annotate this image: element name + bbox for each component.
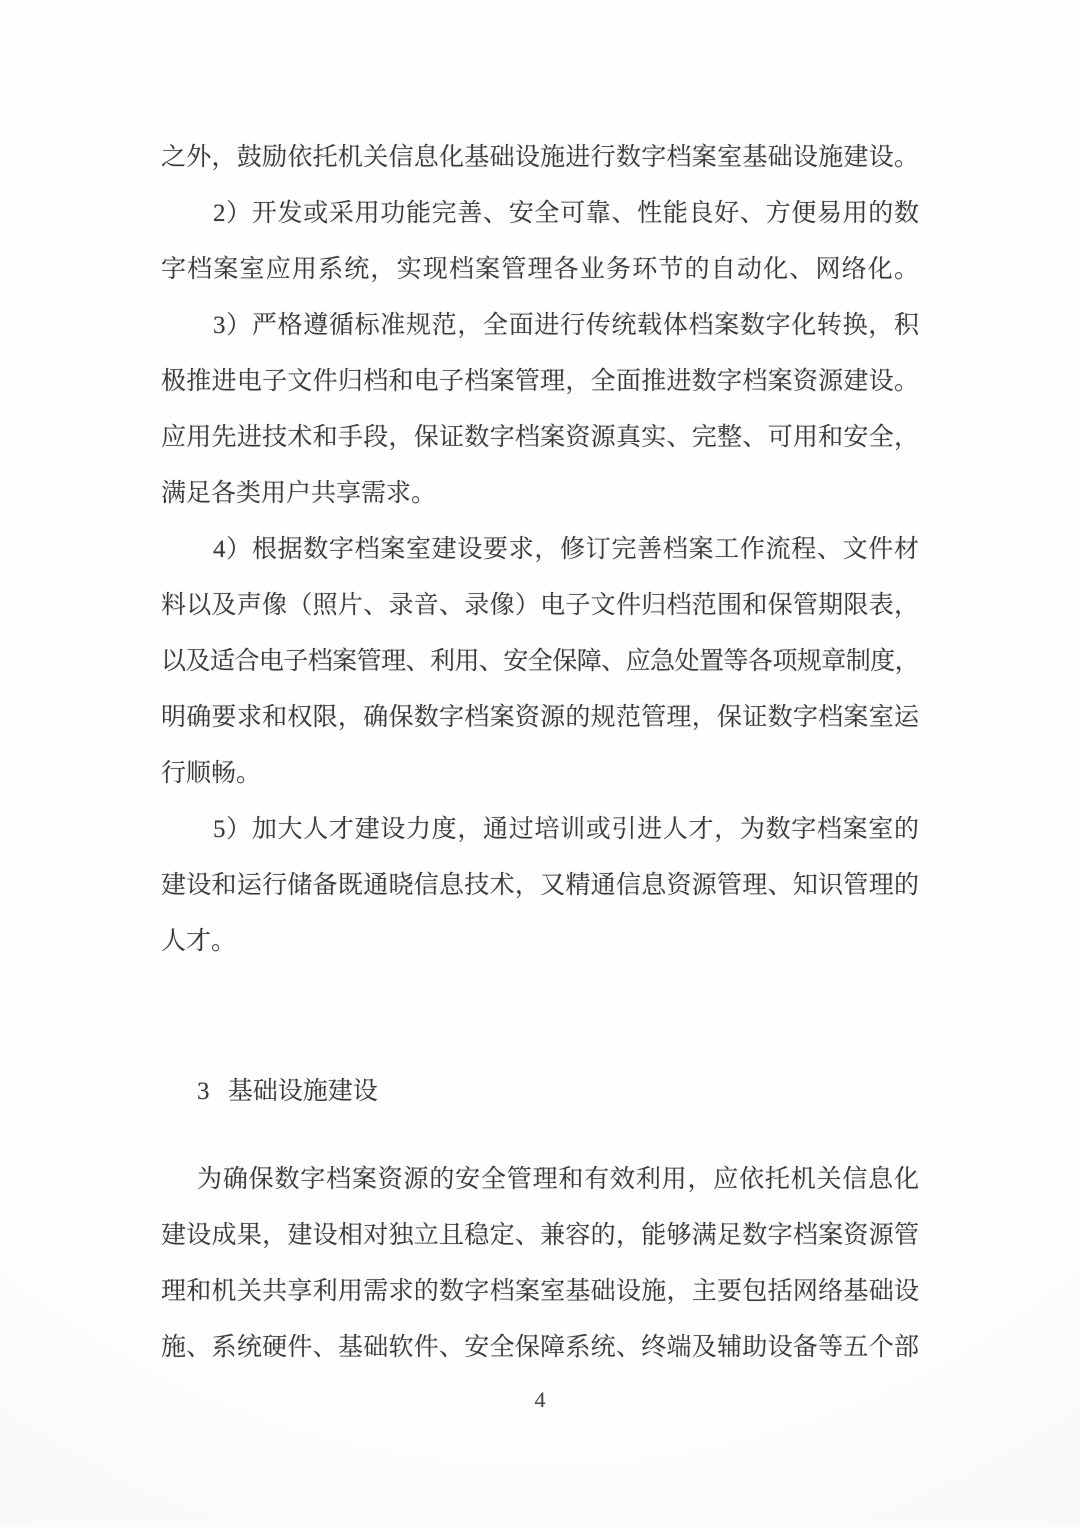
paragraph-item-3: 3）严格遵循标准规范，全面进行传统载体档案数字化转换，积 极推进电子文件归档和电…: [161, 298, 919, 522]
text-line: 5）加大人才建设力度，通过培训或引进人才，为数字档案室的: [161, 802, 919, 858]
document-page: 之外，鼓励依托机关信息化基础设施进行数字档案室基础设施建设。 2）开发或采用功能…: [0, 0, 1080, 1527]
text-line: 行顺畅。: [161, 746, 919, 802]
text-line: 以及适合电子档案管理、利用、安全保障、应急处置等各项规章制度，: [161, 634, 919, 690]
paragraph-item-2: 2）开发或采用功能完善、安全可靠、性能良好、方便易用的数 字档案室应用系统，实现…: [161, 186, 919, 298]
text-line: 明确要求和权限，确保数字档案资源的规范管理，保证数字档案室运: [161, 690, 919, 746]
text-line: 人才。: [161, 914, 919, 970]
text-line: 字档案室应用系统，实现档案管理各业务环节的自动化、网络化。: [161, 242, 919, 298]
paragraph-item-4: 4）根据数字档案室建设要求，修订完善档案工作流程、文件材 料以及声像（照片、录音…: [161, 522, 919, 802]
text-line: 为确保数字档案资源的安全管理和有效利用，应依托机关信息化: [161, 1152, 919, 1208]
section-heading-text: 3 基础设施建设: [161, 1064, 919, 1120]
text-line: 施、系统硬件、基础软件、安全保障系统、终端及辅助设备等五个部: [161, 1320, 919, 1376]
text-line: 4）根据数字档案室建设要求，修订完善档案工作流程、文件材: [161, 522, 919, 578]
text-line: 料以及声像（照片、录音、录像）电子文件归档范围和保管期限表，: [161, 578, 919, 634]
text-line: 理和机关共享利用需求的数字档案室基础设施，主要包括网络基础设: [161, 1264, 919, 1320]
paragraph-item-5: 5）加大人才建设力度，通过培训或引进人才，为数字档案室的 建设和运行储备既通晓信…: [161, 802, 919, 970]
section-paragraph: 为确保数字档案资源的安全管理和有效利用，应依托机关信息化 建设成果，建设相对独立…: [161, 1152, 919, 1376]
text-line: 2）开发或采用功能完善、安全可靠、性能良好、方便易用的数: [161, 186, 919, 242]
text-line: 3）严格遵循标准规范，全面进行传统载体档案数字化转换，积: [161, 298, 919, 354]
text-line: 应用先进技术和手段，保证数字档案资源真实、完整、可用和安全，: [161, 410, 919, 466]
text-line: 建设和运行储备既通晓信息技术，又精通信息资源管理、知识管理的: [161, 858, 919, 914]
document-content: 之外，鼓励依托机关信息化基础设施进行数字档案室基础设施建设。 2）开发或采用功能…: [161, 130, 919, 1415]
page-number: 4: [161, 1385, 919, 1415]
text-line: 极推进电子文件归档和电子档案管理，全面推进数字档案资源建设。: [161, 354, 919, 410]
text-line: 建设成果，建设相对独立且稳定、兼容的，能够满足数字档案资源管: [161, 1208, 919, 1264]
section-heading: 3 基础设施建设: [161, 1064, 919, 1120]
text-line: 满足各类用户共享需求。: [161, 466, 919, 522]
paragraph-continuation: 之外，鼓励依托机关信息化基础设施进行数字档案室基础设施建设。: [161, 130, 919, 186]
text-line: 之外，鼓励依托机关信息化基础设施进行数字档案室基础设施建设。: [161, 130, 919, 186]
